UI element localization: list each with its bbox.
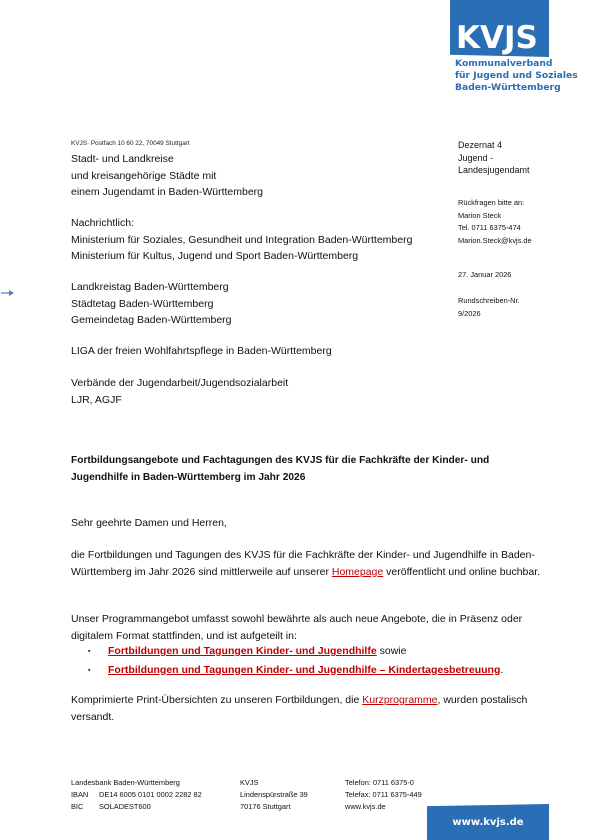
footer-bic: SOLADEST600 (99, 802, 151, 811)
department-info: Dezernat 4 Jugend - Landesjugendamt (458, 139, 530, 177)
footer-address: KVJS Lindenspürstraße 39 70176 Stuttgart (240, 777, 308, 813)
recipient-line: Ministerium für Soziales, Gesundheit und… (71, 232, 412, 249)
recipient-block-liga: LIGA der freien Wohlfahrtspflege in Bade… (71, 343, 332, 360)
paragraph-text: Komprimierte Print-Übersichten zu unsere… (71, 694, 362, 706)
recipient-line: Ministerium für Kultus, Jugend und Sport… (71, 248, 412, 265)
bullet-square-icon: ▪ (88, 644, 108, 661)
website-badge[interactable]: www.kvjs.de (427, 804, 549, 840)
footer-org: KVJS (240, 777, 308, 789)
department-line: Jugend - (458, 152, 530, 165)
paragraph-text: veröffentlicht und online buchbar. (383, 566, 540, 578)
recipient-block-primary: Stadt- und Landkreise und kreisangehörig… (71, 151, 263, 201)
footer-city: 70176 Stuttgart (240, 801, 308, 813)
contact-name: Marion Steck (458, 210, 532, 223)
letter-date: 27. Januar 2026 (458, 270, 511, 280)
circular-number: Rundschreiben-Nr. 9/2026 (458, 295, 520, 320)
letter-subject: Fortbildungsangebote und Fachtagungen de… (71, 453, 541, 486)
recipient-block-cc: Nachrichtlich: Ministerium für Soziales,… (71, 215, 412, 265)
bullet-square-icon: ▪ (88, 663, 108, 680)
recipient-line: einem Jugendamt in Baden-Württemberg (71, 184, 263, 201)
recipient-line: Stadt- und Landkreise (71, 151, 263, 168)
contact-phone: Tel. 0711 6375-474 (458, 222, 532, 235)
contact-label: Rückfragen bitte an: (458, 197, 532, 210)
footer-fax: Telefax: 0711 6375-449 (345, 789, 422, 801)
recipient-line: LIGA der freien Wohlfahrtspflege in Bade… (71, 343, 332, 360)
recipient-line: Verbände der Jugendarbeit/Jugendsozialar… (71, 375, 288, 392)
footer-iban-label: IBAN (71, 789, 99, 801)
footer-contact: Telefon: 0711 6375-0 Telefax: 0711 6375-… (345, 777, 422, 813)
footer-bank-name: Landesbank Baden-Württemberg (71, 777, 202, 789)
program-link-daycare[interactable]: Fortbildungen und Tagungen Kinder- und J… (108, 664, 500, 676)
logo-mark: KVJS (456, 21, 538, 55)
list-item-suffix: . (500, 664, 503, 676)
footer-iban: DE14 6005 0101 0002 2282 82 (99, 790, 202, 799)
department-line: Landesjugendamt (458, 164, 530, 177)
department-line: Dezernat 4 (458, 139, 530, 152)
footer-bank: Landesbank Baden-Württemberg IBANDE14 60… (71, 777, 202, 813)
salutation: Sehr geehrte Damen und Herren, (71, 515, 541, 532)
short-program-link[interactable]: Kurzprogramme (362, 694, 437, 706)
logo-subtitle-line: für Jugend und Soziales (455, 70, 578, 82)
arrow-right-icon (1, 288, 15, 298)
recipient-line: LJR, AGJF (71, 392, 288, 409)
recipient-line: Städtetag Baden-Württemberg (71, 296, 232, 313)
footer-bic-label: BIC (71, 801, 99, 813)
circular-label: Rundschreiben-Nr. (458, 295, 520, 308)
footer-web[interactable]: www.kvjs.de (345, 801, 422, 813)
paragraph-intro: die Fortbildungen und Tagungen des KVJS … (71, 547, 541, 580)
paragraph-program: Unser Programmangebot umfasst sowohl bew… (71, 611, 541, 644)
list-item-suffix: sowie (377, 645, 407, 657)
logo-subtitle: Kommunalverband für Jugend und Soziales … (455, 58, 578, 94)
list-item: ▪ Fortbildungen und Tagungen Kinder- und… (88, 662, 548, 681)
recipient-line: Landkreistag Baden-Württemberg (71, 279, 232, 296)
program-list: ▪ Fortbildungen und Tagungen Kinder- und… (88, 643, 548, 680)
footer-phone: Telefon: 0711 6375-0 (345, 777, 422, 789)
homepage-link[interactable]: Homepage (332, 566, 383, 578)
footer-street: Lindenspürstraße 39 (240, 789, 308, 801)
recipient-line: Gemeindetag Baden-Württemberg (71, 312, 232, 329)
logo-subtitle-line: Kommunalverband (455, 58, 578, 70)
recipient-line: und kreisangehörige Städte mit (71, 168, 263, 185)
recipient-line: Nachrichtlich: (71, 215, 412, 232)
paragraph-print: Komprimierte Print-Übersichten zu unsere… (71, 692, 541, 725)
list-item: ▪ Fortbildungen und Tagungen Kinder- und… (88, 643, 548, 662)
contact-info: Rückfragen bitte an: Marion Steck Tel. 0… (458, 197, 532, 247)
logo-subtitle-line: Baden-Württemberg (455, 82, 578, 94)
sender-return-address: KVJS· Postfach 10 60 22, 70049 Stuttgart (71, 139, 190, 148)
recipient-block-youth-work: Verbände der Jugendarbeit/Jugendsozialar… (71, 375, 288, 408)
program-link-youth-welfare[interactable]: Fortbildungen und Tagungen Kinder- und J… (108, 645, 377, 657)
recipient-block-associations: Landkreistag Baden-Württemberg Städtetag… (71, 279, 232, 329)
contact-email[interactable]: Marion.Steck@kvjs.de (458, 235, 532, 248)
circular-value: 9/2026 (458, 308, 520, 321)
